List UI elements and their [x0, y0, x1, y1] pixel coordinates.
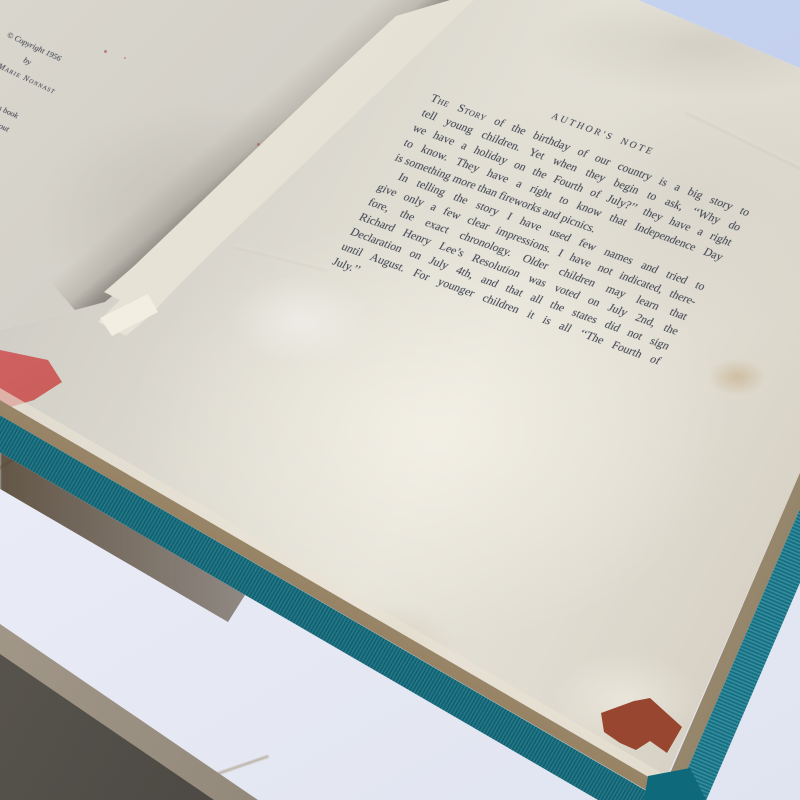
paper-speck	[124, 57, 126, 59]
book: © Copyright 1956 by and Marie Nonnast th…	[0, 0, 800, 800]
photo-scene: © Copyright 1956 by and Marie Nonnast th…	[0, 0, 800, 800]
paper-speck	[104, 50, 107, 53]
